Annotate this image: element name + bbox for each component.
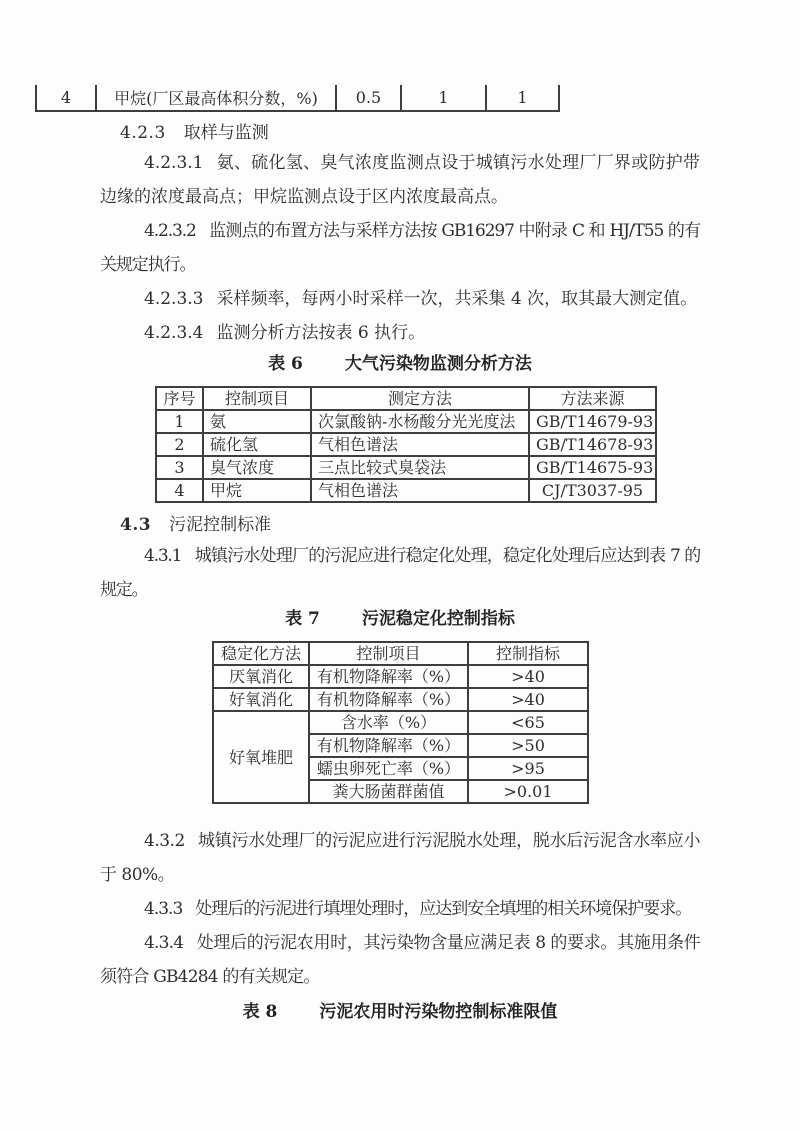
- paragraph-4-2-3-3: 4.2.3.3采样频率，每两小时采样一次，共采集 4 次，取其最大测定值。: [100, 282, 700, 316]
- table-cell: 1: [485, 85, 560, 110]
- table-cell: GB/T14675-93: [529, 456, 656, 479]
- paragraph-4-3-3: 4.3.3处理后的污泥进行填埋处理时，应达到安全填埋的相关环境保护要求。: [100, 892, 700, 926]
- clause-number: 4.2.3.3: [144, 289, 203, 309]
- table8-label: 表 8: [243, 1002, 278, 1022]
- table6-title: 大气污染物监测分析方法: [345, 354, 532, 374]
- table-row: 3 臭气浓度 三点比较式臭袋法 GB/T14675-93: [156, 456, 656, 479]
- table-cell: >0.01: [468, 780, 588, 803]
- table-cell: 蠕虫卵死亡率（%）: [309, 757, 468, 780]
- header-cell: 测定方法: [311, 387, 529, 410]
- table-header-row: 序号 控制项目 测定方法 方法来源: [156, 387, 656, 410]
- table-cell: 三点比较式臭袋法: [311, 456, 529, 479]
- table-cell: 氨: [203, 410, 311, 433]
- table-row: 4 甲烷 气相色谱法 CJ/T3037-95: [156, 479, 656, 502]
- table6-caption: 表 6大气污染物监测分析方法: [100, 352, 700, 376]
- partial-table-row: 4 甲烷(厂区最高体积分数，%) 0.5 1 1: [35, 85, 560, 112]
- table-cell: 甲烷(厂区最高体积分数，%): [95, 85, 335, 110]
- table-cell: 0.5: [335, 85, 400, 110]
- header-cell: 序号: [156, 387, 203, 410]
- table-cell: 1: [156, 410, 203, 433]
- table7-sludge-stabilization: 稳定化方法 控制项目 控制指标 厌氧消化 有机物降解率（%） >40 好氧消化 …: [212, 641, 589, 804]
- table-cell: 甲烷: [203, 479, 311, 502]
- table-cell: 3: [156, 456, 203, 479]
- table-cell: >50: [468, 734, 588, 757]
- table-cell: GB/T14678-93: [529, 433, 656, 456]
- section-title: 污泥控制标准: [169, 515, 271, 535]
- table-cell: 硫化氢: [203, 433, 311, 456]
- table-cell: 2: [156, 433, 203, 456]
- table-cell: CJ/T3037-95: [529, 479, 656, 502]
- table7-label: 表 7: [285, 609, 320, 629]
- clause-number: 4.2.3.2: [144, 221, 196, 241]
- table-cell: 4: [156, 479, 203, 502]
- table-cell: 有机物降解率（%）: [309, 665, 468, 688]
- table-cell: 气相色谱法: [311, 479, 529, 502]
- table-cell-method-group: 好氧堆肥: [213, 711, 309, 803]
- table-row: 好氧堆肥 含水率（%） <65: [213, 711, 588, 734]
- paragraph-4-2-3-4: 4.2.3.4监测分析方法按表 6 执行。: [100, 316, 700, 350]
- table-cell: >40: [468, 688, 588, 711]
- table-row: 2 硫化氢 气相色谱法 GB/T14678-93: [156, 433, 656, 456]
- paragraph-4-3-4: 4.3.4处理后的污泥农用时，其污染物含量应满足表 8 的要求。其施用条件须符合…: [100, 926, 700, 994]
- table-cell: 次氯酸钠-水杨酸分光光度法: [311, 410, 529, 433]
- clause-text: 监测分析方法按表 6 执行。: [216, 323, 425, 343]
- table-cell: 气相色谱法: [311, 433, 529, 456]
- table-header-row: 稳定化方法 控制项目 控制指标: [213, 642, 588, 665]
- section-heading-4-2-3: 4.2.3取样与监测: [100, 120, 700, 146]
- clause-number: 4.3.4: [144, 933, 183, 953]
- clause-text: 采样频率，每两小时采样一次，共采集 4 次，取其最大测定值。: [216, 289, 697, 309]
- header-cell: 控制项目: [309, 642, 468, 665]
- paragraph-4-3-1: 4.3.1城镇污水处理厂的污泥应进行稳定化处理，稳定化处理后应达到表 7 的规定…: [100, 539, 700, 607]
- table8-title: 污泥农用时污染物控制标准限值: [319, 1002, 557, 1022]
- table-cell: 有机物降解率（%）: [309, 688, 468, 711]
- clause-number: 4.2.3.1: [144, 153, 203, 173]
- clause-number: 4.3.2: [144, 831, 185, 851]
- header-cell: 稳定化方法: [213, 642, 309, 665]
- page-content: 4.2.3取样与监测 4.2.3.1氨、硫化氢、臭气浓度监测点设于城镇污水处理厂…: [100, 120, 700, 1024]
- table-cell: 1: [400, 85, 485, 110]
- table8-caption: 表 8污泥农用时污染物控制标准限值: [100, 1000, 700, 1024]
- clause-number: 4.3.3: [144, 899, 182, 919]
- header-cell: 方法来源: [529, 387, 656, 410]
- table6-monitoring-methods: 序号 控制项目 测定方法 方法来源 1 氨 次氯酸钠-水杨酸分光光度法 GB/T…: [155, 386, 657, 503]
- table7-title: 污泥稳定化控制指标: [362, 609, 515, 629]
- table-row: 好氧消化 有机物降解率（%） >40: [213, 688, 588, 711]
- table-cell: >95: [468, 757, 588, 780]
- table-cell: >40: [468, 665, 588, 688]
- clause-text: 城镇污水处理厂的污泥应进行污泥脱水处理，脱水后污泥含水率应小于 80%。: [100, 831, 700, 885]
- clause-number: 4.3.1: [144, 546, 181, 566]
- clause-text: 处理后的污泥农用时，其污染物含量应满足表 8 的要求。其施用条件须符合 GB42…: [100, 933, 700, 987]
- table7-caption: 表 7污泥稳定化控制指标: [100, 607, 700, 631]
- clause-text: 处理后的污泥进行填埋处理时，应达到安全填埋的相关环境保护要求。: [195, 899, 691, 919]
- section-number: 4.2.3: [120, 123, 166, 143]
- paragraph-4-3-2: 4.3.2城镇污水处理厂的污泥应进行污泥脱水处理，脱水后污泥含水率应小于 80%…: [100, 824, 700, 892]
- header-cell: 控制指标: [468, 642, 588, 665]
- section-heading-4-3: 4.3污泥控制标准: [100, 511, 700, 539]
- table-row: 1 氨 次氯酸钠-水杨酸分光光度法 GB/T14679-93: [156, 410, 656, 433]
- table-cell: 好氧消化: [213, 688, 309, 711]
- table-cell: GB/T14679-93: [529, 410, 656, 433]
- paragraph-4-2-3-1: 4.2.3.1氨、硫化氢、臭气浓度监测点设于城镇污水处理厂厂界或防护带边缘的浓度…: [100, 146, 700, 214]
- table-row: 厌氧消化 有机物降解率（%） >40: [213, 665, 588, 688]
- table-cell: 臭气浓度: [203, 456, 311, 479]
- clause-number: 4.2.3.4: [144, 323, 203, 343]
- table-cell: 有机物降解率（%）: [309, 734, 468, 757]
- section-title: 取样与监测: [184, 123, 269, 143]
- section-number: 4.3: [120, 515, 151, 535]
- paragraph-4-2-3-2: 4.2.3.2监测点的布置方法与采样方法按 GB16297 中附录 C 和 HJ…: [100, 214, 700, 282]
- table-cell: 4: [35, 85, 95, 110]
- document-page: 4 甲烷(厂区最高体积分数，%) 0.5 1 1 4.2.3取样与监测 4.2.…: [0, 0, 800, 1131]
- table-cell: 粪大肠菌群菌值: [309, 780, 468, 803]
- table-cell: <65: [468, 711, 588, 734]
- header-cell: 控制项目: [203, 387, 311, 410]
- table-cell: 厌氧消化: [213, 665, 309, 688]
- table-cell: 含水率（%）: [309, 711, 468, 734]
- clause-text: 城镇污水处理厂的污泥应进行稳定化处理，稳定化处理后应达到表 7 的规定。: [100, 546, 700, 600]
- table6-label: 表 6: [268, 354, 303, 374]
